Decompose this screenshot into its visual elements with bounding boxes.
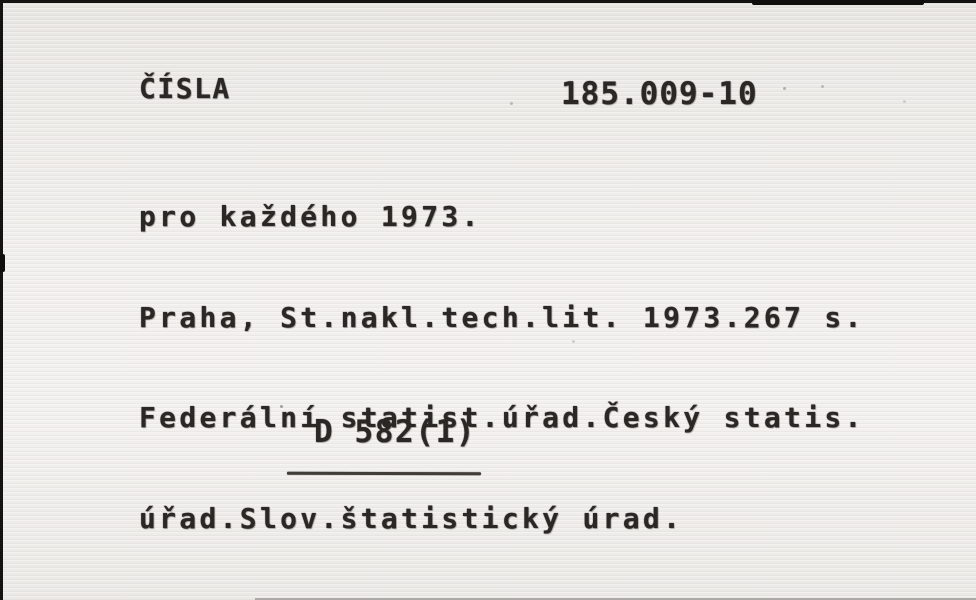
entry-line-corporate-author-1: Federální statist.úřad.Český statis. <box>139 401 865 435</box>
card-title: ČÍSLA <box>139 72 231 105</box>
entry-line-subtitle: pro každého 1973. <box>139 200 865 234</box>
entry-line-imprint: Praha, St.nakl.tech.lit. 1973.267 s. <box>139 301 865 335</box>
call-number: 185.009-10 <box>561 76 758 112</box>
scan-edge-top-thick-segment <box>752 0 924 5</box>
scan-edge-left <box>0 0 3 600</box>
shelf-mark: D 582(1) <box>314 414 476 450</box>
scan-edge-left-notch <box>0 254 5 272</box>
catalog-card-scan: ČÍSLA 185.009-10 pro každého 1973. Praha… <box>0 0 976 600</box>
scan-speckles <box>280 405 283 408</box>
shelf-mark-underline <box>287 472 481 475</box>
bibliographic-entry: pro každého 1973. Praha, St.nakl.tech.li… <box>139 133 865 600</box>
entry-line-corporate-author-2: úřad.Slov.štatistický úrad. <box>139 502 865 536</box>
